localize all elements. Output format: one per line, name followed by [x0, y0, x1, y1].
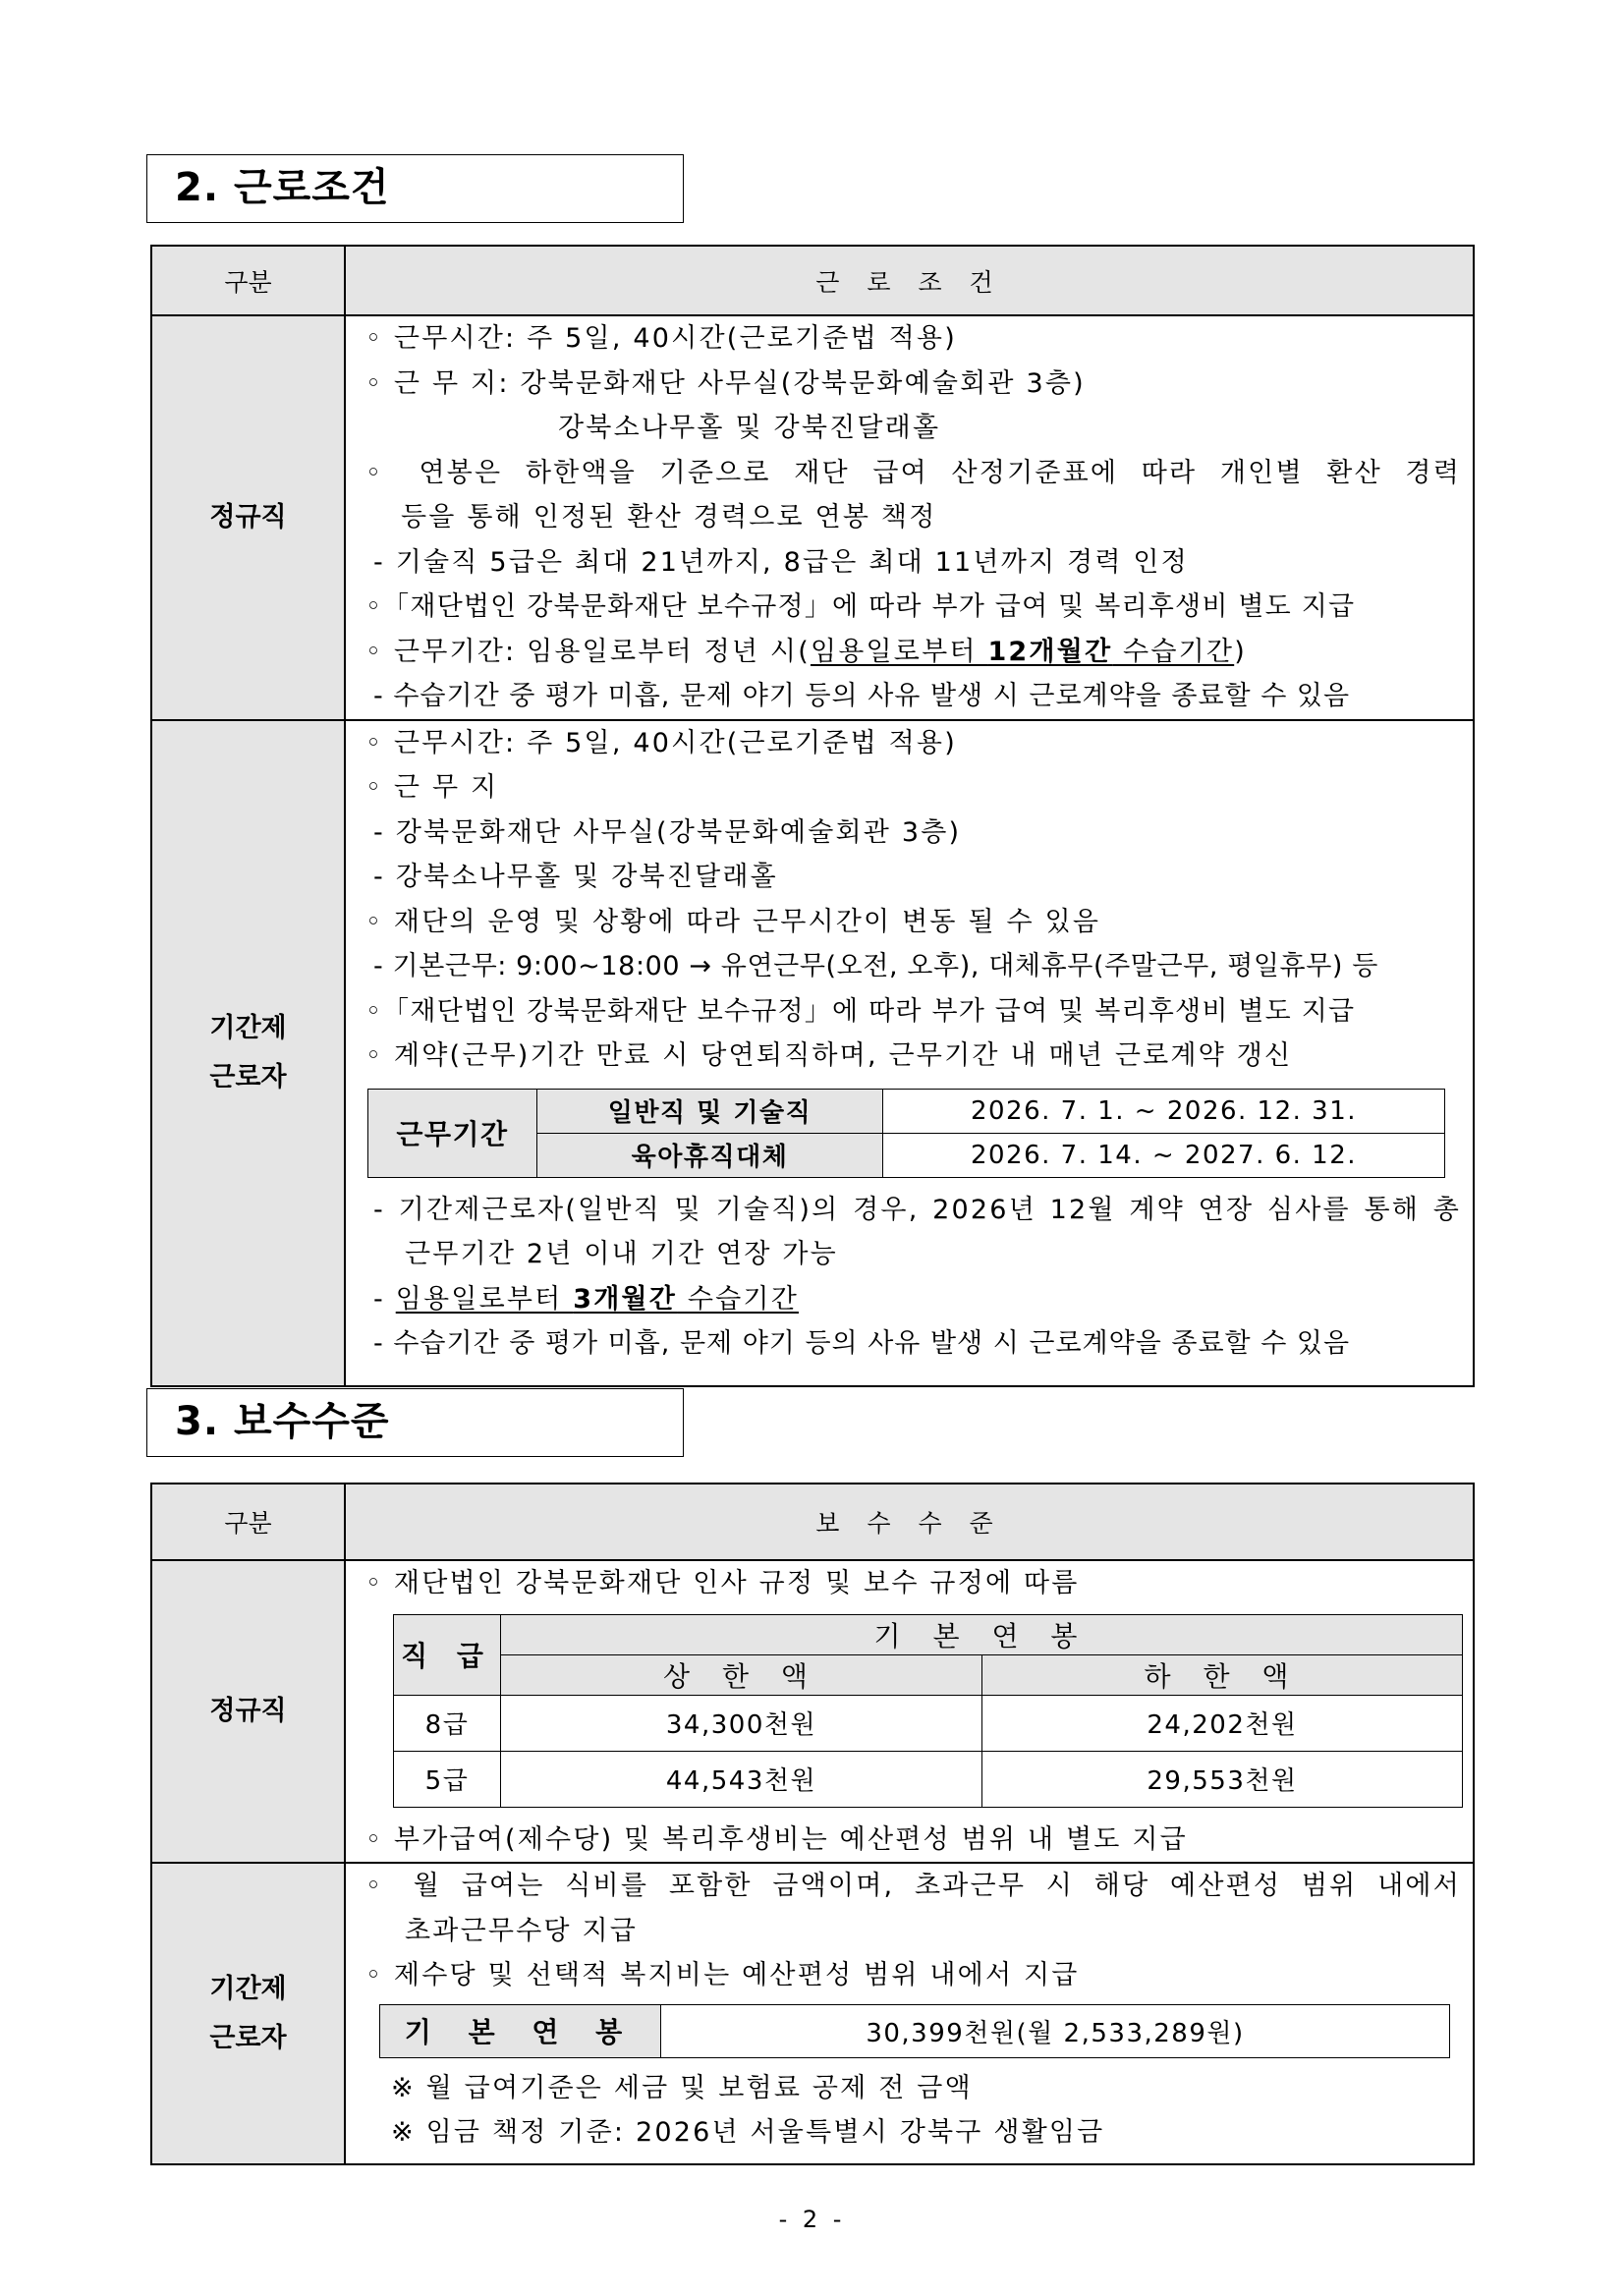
probation-underline: 임용일로부터 3개월간 수습기간	[396, 1284, 799, 1315]
section-3-title: 3. 보수수준	[146, 1388, 684, 1457]
category-line: 기간제	[152, 1004, 344, 1053]
upper-limit-cell: 44,543천원	[501, 1751, 982, 1807]
text-line: ◦ 재단법인 강북문화재단 인사 규정 및 보수 규정에 따름	[362, 1561, 1461, 1606]
text-line: - 강북소나무홀 및 강북진달래홀	[362, 855, 1461, 900]
note-line: ※ 월 급여기준은 세금 및 보험료 공제 전 금액	[362, 2066, 1461, 2111]
text-span: ◦ 근무기간: 임용일로부터 정년 시(	[365, 637, 811, 667]
lower-limit-cell: 24,202천원	[982, 1695, 1463, 1751]
grade-header: 직 급	[394, 1614, 501, 1695]
upper-limit-header: 상 한 액	[501, 1654, 982, 1695]
text-line: ◦ 근 무 지: 강북문화재단 사무실(강북문화예술회관 3층)	[362, 362, 1461, 407]
text-line: ◦ 연봉은 하한액을 기준으로 재단 급여 산정기준표에 따라 개인별 환산 경…	[362, 451, 1461, 496]
salary-grade-table: 직 급 기 본 연 봉 상 한 액 하 한 액 8급 34,300천원 24,2…	[393, 1614, 1463, 1808]
upper-limit-cell: 34,300천원	[501, 1695, 982, 1751]
text-line: - 기간제근로자(일반직 및 기술직)의 경우, 2026년 12월 계약 연장…	[362, 1188, 1461, 1233]
header-category: 구분	[151, 246, 345, 315]
text-line: 초과근무수당 지급	[362, 1909, 1461, 1954]
category-line: 근로자	[152, 1053, 344, 1102]
text-line: ◦ 부가급여(제수당) 및 복리후생비는 예산편성 범위 내 별도 지급	[362, 1818, 1461, 1863]
text-span: 임용일로부터	[811, 637, 987, 667]
text-line: 근무기간 2년 이내 기간 연장 가능	[362, 1232, 1461, 1277]
text-line: ◦ 근 무 지	[362, 765, 1461, 811]
text-line: - 수습기간 중 평가 미흡, 문제 야기 등의 사유 발생 시 근로계약을 종…	[362, 1321, 1461, 1367]
text-line: ◦「재단법인 강북문화재단 보수규정」에 따라 부가 급여 및 복리후생비 별도…	[362, 585, 1461, 630]
text-span: -	[373, 1284, 396, 1315]
text-line: - 기본근무: 9:00~18:00 → 유연근무(오전, 오후), 대체휴무(…	[362, 944, 1461, 989]
salary-level-table: 구분 보 수 수 준 정규직 ◦ 재단법인 강북문화재단 인사 규정 및 보수 …	[150, 1483, 1475, 2165]
text-line: 등을 통해 인정된 환산 경력으로 연봉 책정	[362, 495, 1461, 540]
regular-salary: ◦ 재단법인 강북문화재단 인사 규정 및 보수 규정에 따름 직 급 기 본 …	[345, 1560, 1474, 1863]
section-2-title: 2. 근로조건	[146, 154, 684, 223]
note-line: ※ 임금 책정 기준: 2026년 서울특별시 강북구 생활임금	[362, 2110, 1461, 2156]
period-range: 2026. 7. 1. ~ 2026. 12. 31.	[883, 1089, 1445, 1133]
header-content: 보 수 수 준	[345, 1484, 1474, 1560]
page-number: - 2 -	[0, 2206, 1624, 2233]
lower-limit-cell: 29,553천원	[982, 1751, 1463, 1807]
base-salary-header: 기 본 연 봉	[501, 1614, 1463, 1654]
category-line: 근로자	[152, 2014, 344, 2063]
text-span: )	[1234, 637, 1247, 667]
grade-cell: 5급	[394, 1751, 501, 1807]
text-line: - 수습기간 중 평가 미흡, 문제 야기 등의 사유 발생 시 근로계약을 종…	[362, 674, 1461, 719]
header-content: 근 로 조 건	[345, 246, 1474, 315]
text-span: 수습기간	[677, 1284, 799, 1315]
base-salary-value: 30,399천원(월 2,533,289원)	[661, 2004, 1450, 2057]
text-line: ◦ 월 급여는 식비를 포함한 금액이며, 초과근무 시 해당 예산편성 범위 …	[362, 1864, 1461, 1909]
text-line: ◦ 재단의 운영 및 상황에 따라 근무시간이 변동 될 수 있음	[362, 900, 1461, 945]
regular-conditions: ◦ 근무시간: 주 5일, 40시간(근로기준법 적용) ◦ 근 무 지: 강북…	[345, 315, 1474, 720]
contract-period-table: 근무기간 일반직 및 기술직 2026. 7. 1. ~ 2026. 12. 3…	[367, 1089, 1445, 1178]
text-line: - 기술직 5급은 최대 21년까지, 8급은 최대 11년까지 경력 인정	[362, 540, 1461, 586]
text-line: 강북소나무홀 및 강북진달래홀	[362, 406, 1461, 451]
period-type: 일반직 및 기술직	[537, 1089, 883, 1133]
header-category: 구분	[151, 1484, 345, 1560]
text-line: ◦ 근무시간: 주 5일, 40시간(근로기준법 적용)	[362, 721, 1461, 766]
category-contract: 기간제 근로자	[151, 1863, 345, 2164]
period-label: 근무기간	[368, 1089, 537, 1177]
probation-underline: 임용일로부터 12개월간 수습기간	[811, 637, 1234, 667]
base-salary-label: 기 본 연 봉	[380, 2004, 661, 2057]
probation-period-bold: 3개월간	[573, 1284, 677, 1315]
text-line: ◦ 계약(근무)기간 만료 시 당연퇴직하며, 근무기간 내 매년 근로계약 갱…	[362, 1034, 1461, 1079]
lower-limit-header: 하 한 액	[982, 1654, 1463, 1695]
text-line: ◦ 제수당 및 선택적 복지비는 예산편성 범위 내에서 지급	[362, 1953, 1461, 1998]
contract-conditions: ◦ 근무시간: 주 5일, 40시간(근로기준법 적용) ◦ 근 무 지 - 강…	[345, 720, 1474, 1386]
text-span: 수습기간	[1112, 637, 1234, 667]
grade-cell: 8급	[394, 1695, 501, 1751]
category-line: 기간제	[152, 1965, 344, 2014]
category-regular: 정규직	[151, 1560, 345, 1863]
probation-period-bold: 12개월간	[987, 637, 1112, 667]
text-line: ◦「재단법인 강북문화재단 보수규정」에 따라 부가 급여 및 복리후생비 별도…	[362, 989, 1461, 1035]
category-contract: 기간제 근로자	[151, 720, 345, 1386]
contract-base-salary-table: 기 본 연 봉 30,399천원(월 2,533,289원)	[379, 2004, 1450, 2058]
contract-salary: ◦ 월 급여는 식비를 포함한 금액이며, 초과근무 시 해당 예산편성 범위 …	[345, 1863, 1474, 2164]
text-line: ◦ 근무시간: 주 5일, 40시간(근로기준법 적용)	[362, 316, 1461, 362]
category-regular: 정규직	[151, 315, 345, 720]
period-range: 2026. 7. 14. ~ 2027. 6. 12.	[883, 1133, 1445, 1177]
period-type: 육아휴직대체	[537, 1133, 883, 1177]
text-line: - 임용일로부터 3개월간 수습기간	[362, 1277, 1461, 1322]
text-line: - 강북문화재단 사무실(강북문화예술회관 3층)	[362, 811, 1461, 856]
working-conditions-table: 구분 근 로 조 건 정규직 ◦ 근무시간: 주 5일, 40시간(근로기준법 …	[150, 245, 1475, 1387]
text-span: 임용일로부터	[396, 1284, 573, 1315]
text-line: ◦ 근무기간: 임용일로부터 정년 시(임용일로부터 12개월간 수습기간)	[362, 630, 1461, 675]
